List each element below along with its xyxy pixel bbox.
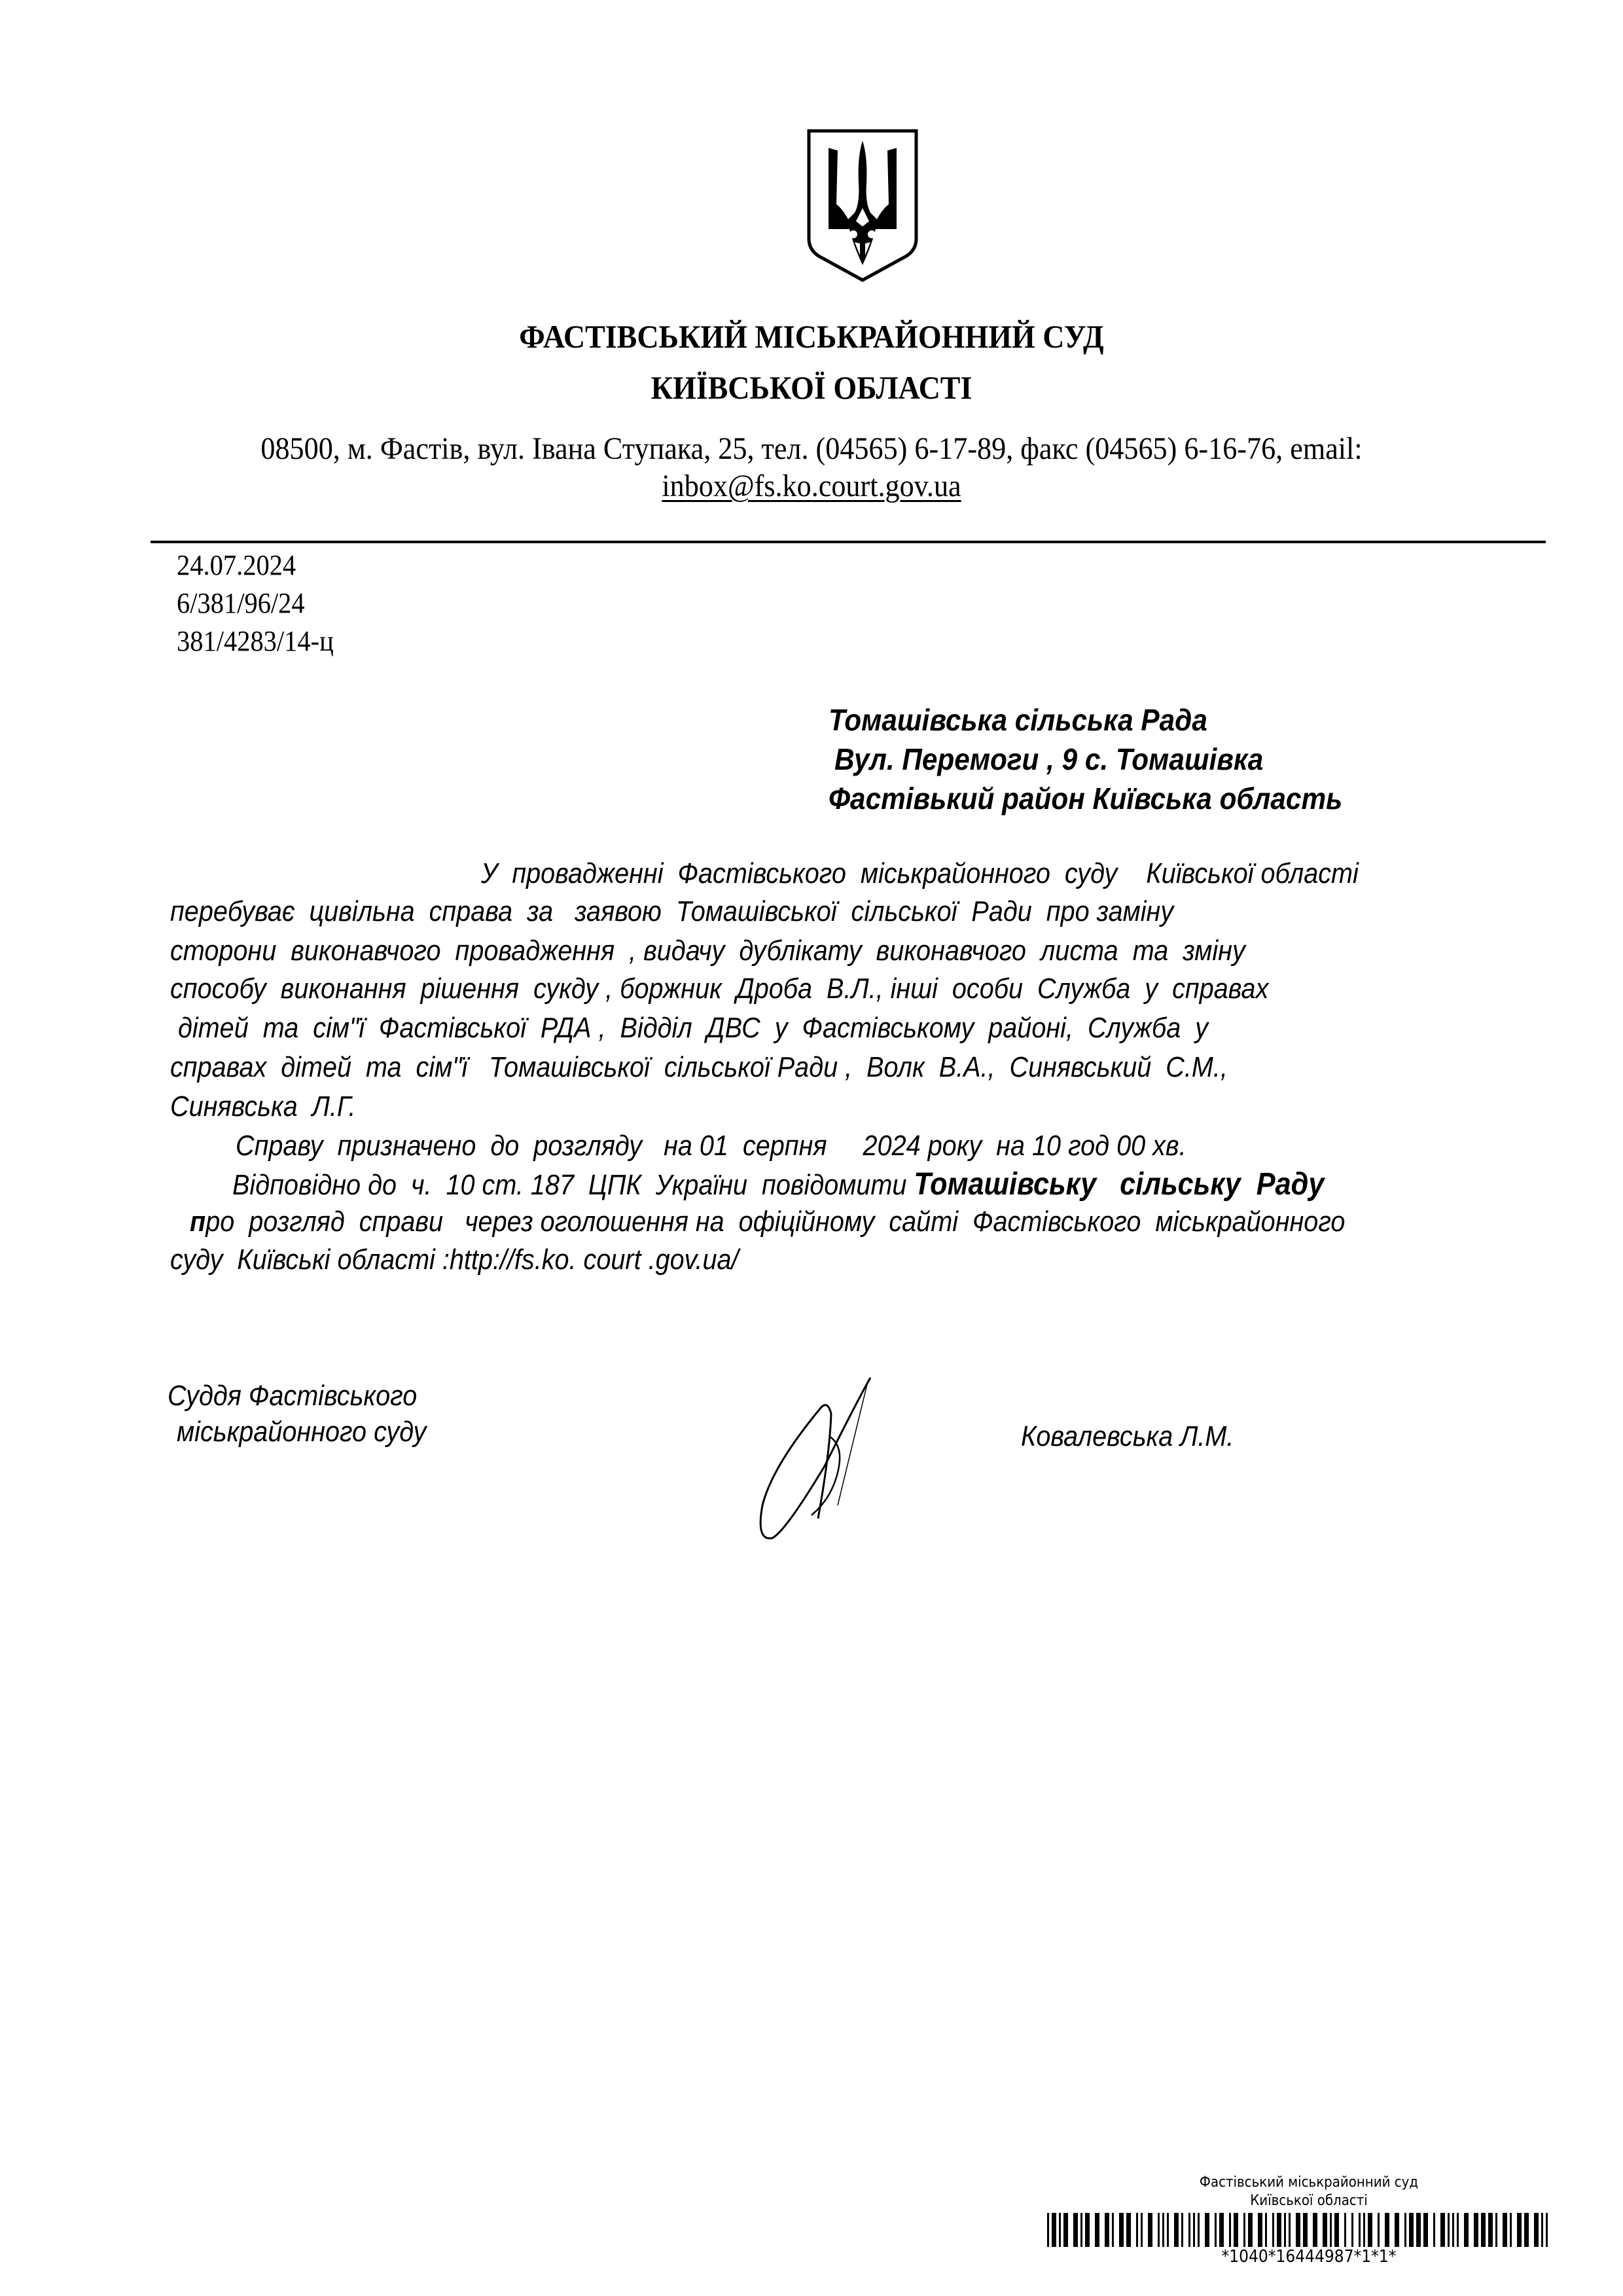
notice-bold-letter: п [190, 1206, 205, 1238]
notice-prefix: Відповідно до ч. 10 ст. 187 ЦПК України … [232, 1169, 914, 1201]
judge-title-line2: міськрайонного суду [177, 1416, 426, 1448]
judge-title-line1: Суддя Фастівського [168, 1380, 417, 1412]
court-name-line1: ФАСТІВСЬКИЙ МІСЬКРАЙОННИЙ СУД [65, 317, 1558, 355]
handwritten-signature-icon [746, 1374, 890, 1545]
hearing-date: Справу призначено до розгляду на 01 серп… [236, 1130, 1186, 1162]
court-address: 08500, м. Фастів, вул. Івана Ступака, 25… [65, 431, 1558, 467]
notice-website: суду Київські області :http://fs.ko. cou… [170, 1244, 739, 1276]
notice-line: Відповідно до ч. 10 ст. 187 ЦПК України … [232, 1166, 1324, 1202]
addressee-region: Фастівький район Київська область [829, 781, 1342, 816]
outgoing-number: 6/381/96/24 [177, 586, 305, 620]
barcode-icon [1047, 2213, 1551, 2247]
stamp-court-name: Фастівський міськрайонний суд [1073, 2174, 1544, 2191]
court-name-line2: КИЇВСЬКОЇ ОБЛАСТІ [65, 368, 1558, 406]
notice-line-2: про розгляд справи через оголошення на о… [190, 1206, 1345, 1238]
header-divider [151, 541, 1546, 543]
body-line: перебуває цивільна справа за заявою Тома… [170, 895, 1173, 928]
court-email-link[interactable]: inbox@fs.ko.court.gov.ua [662, 469, 961, 503]
body-line: способу виконання рішення сукду , боржни… [170, 973, 1268, 1005]
body-line: дітей та сім"ї Фастівської РДА , Відділ … [178, 1012, 1208, 1045]
judge-name: Ковалевська Л.М. [1021, 1420, 1234, 1453]
addressee-name: Томашівська сільська Рада [829, 702, 1207, 738]
barcode-number: *1040*16444987*1*1* [1073, 2247, 1544, 2267]
notice-rest: ро розгляд справи через оголошення на оф… [205, 1206, 1345, 1238]
addressee-street: Вул. Перемоги , 9 с. Томашівка [834, 742, 1263, 777]
court-email-row: inbox@fs.ko.court.gov.ua [65, 468, 1558, 504]
body-line: У провадженні Фастівського міськрайонног… [481, 857, 1359, 890]
notice-recipient: Томашівську сільську Раду [914, 1167, 1324, 1202]
letter-date: 24.07.2024 [177, 548, 296, 582]
ukraine-coat-of-arms-icon [804, 124, 921, 288]
body-line: сторони виконавчого провадження , видачу… [170, 935, 1245, 967]
stamp-region: Київської області [1073, 2193, 1544, 2209]
body-line: справах дітей та сім"ї Томашівської сіль… [170, 1051, 1228, 1084]
body-line: Синявська Л.Г. [170, 1090, 355, 1123]
case-number: 381/4283/14-ц [177, 624, 334, 658]
